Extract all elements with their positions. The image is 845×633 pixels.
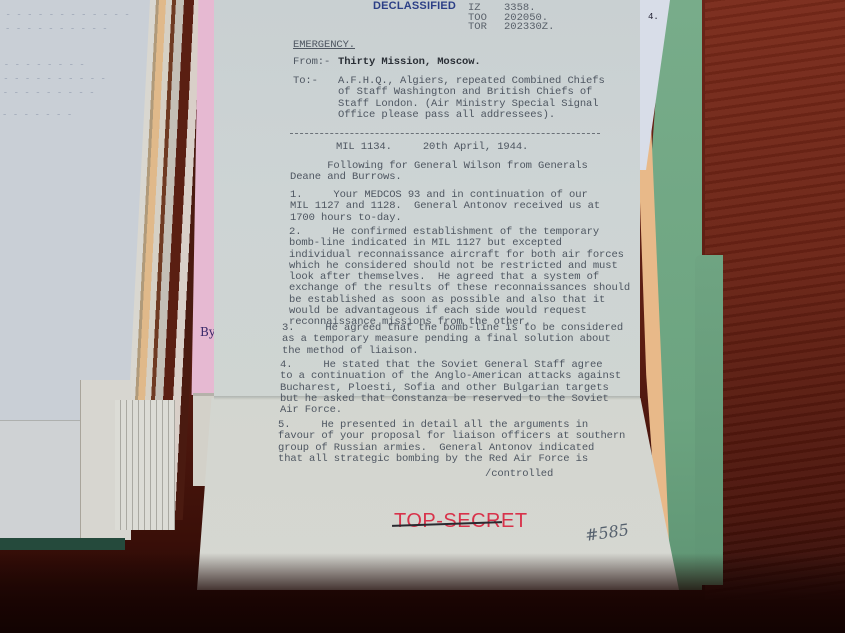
- green-folder-tab: [695, 255, 723, 585]
- stacked-file-edges-lower: [115, 400, 175, 530]
- from-value: Thirty Mission, Moscow.: [338, 57, 481, 68]
- paragraph-5: 5. He presented in detail all the argume…: [278, 420, 625, 465]
- message-reference: MIL 1134. 20th April, 1944.: [336, 142, 528, 153]
- back-sheet-mark: 4.: [648, 12, 659, 22]
- from-label: From:-: [293, 57, 330, 68]
- dashed-separator: [290, 133, 600, 134]
- declassified-stamp: DECLASSIFIED: [373, 0, 456, 12]
- priority-heading: EMERGENCY.: [293, 40, 355, 51]
- green-folder-edge: [0, 538, 125, 550]
- reference-row: TOR 202330Z.: [468, 23, 554, 33]
- intro: Following for General Wilson from Genera…: [290, 161, 588, 184]
- to-label: To:-: [293, 76, 318, 87]
- to-addressees: A.F.H.Q., Algiers, repeated Combined Chi…: [338, 76, 605, 121]
- reference-block: IZ 3358. TOO 202050. TOR 202330Z.: [468, 4, 554, 33]
- continuation-note: /controlled: [485, 469, 553, 480]
- desk-shadow: [0, 553, 845, 633]
- paragraph-3: 3. He agreed that the bomb-line is to be…: [282, 323, 623, 357]
- paragraph-2: 2. He confirmed establishment of the tem…: [289, 227, 630, 329]
- paragraph-4: 4. He stated that the Soviet General Sta…: [280, 360, 621, 416]
- wooden-desk: [705, 0, 845, 633]
- paragraph-1: 1. Your MEDCOS 93 and in continuation of…: [290, 190, 600, 224]
